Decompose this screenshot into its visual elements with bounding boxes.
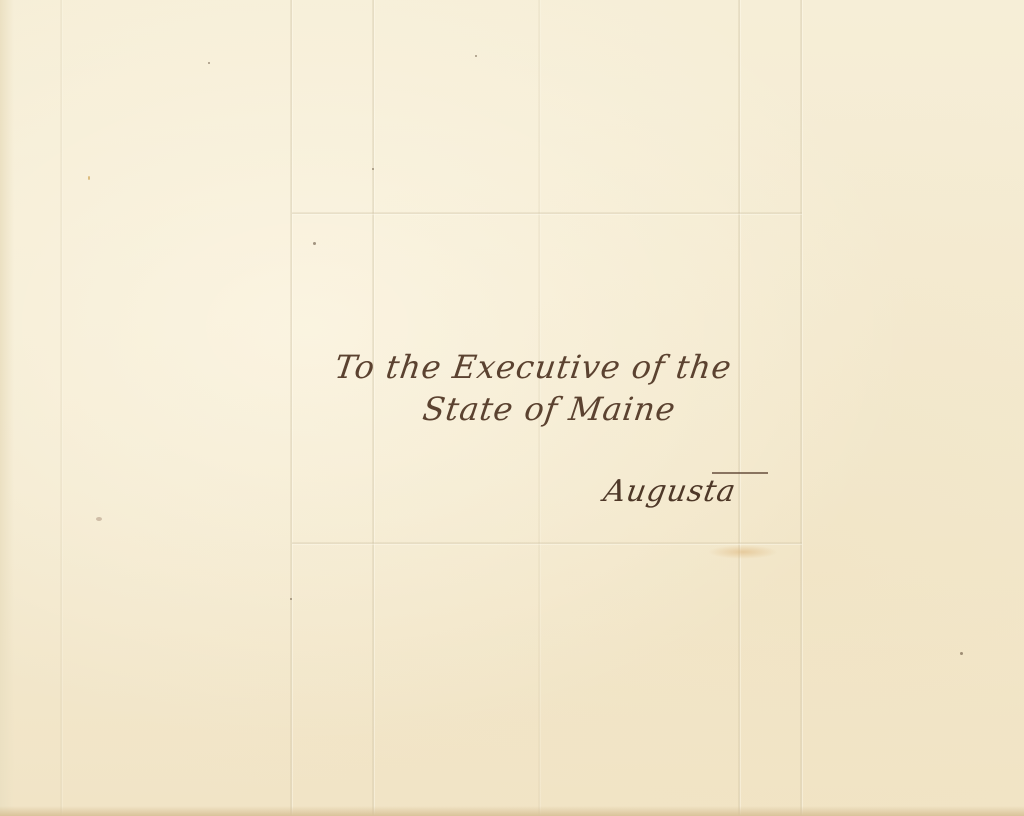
fold-line — [60, 0, 63, 816]
fold-line — [290, 0, 293, 816]
address-place: Augusta — [601, 474, 739, 509]
paper-speck — [88, 176, 90, 180]
paper-speck — [372, 168, 374, 170]
address-block: To the Executive of the State of Maine — [335, 348, 755, 428]
fold-line — [800, 0, 803, 816]
fold-line — [292, 542, 802, 545]
paper-bottom-edge — [0, 806, 1024, 816]
fold-line — [292, 212, 802, 215]
letter-paper: To the Executive of the State of Maine A… — [0, 0, 1024, 816]
address-line-1: To the Executive of the — [332, 348, 757, 386]
paper-speck — [475, 55, 477, 57]
paper-stain — [708, 545, 778, 559]
paper-speck — [313, 242, 316, 245]
paper-speck — [290, 598, 292, 600]
address-line-2: State of Maine — [420, 390, 757, 428]
paper-speck — [208, 62, 210, 64]
paper-left-edge — [0, 0, 14, 816]
paper-speck — [96, 517, 102, 521]
paper-speck — [960, 652, 963, 655]
